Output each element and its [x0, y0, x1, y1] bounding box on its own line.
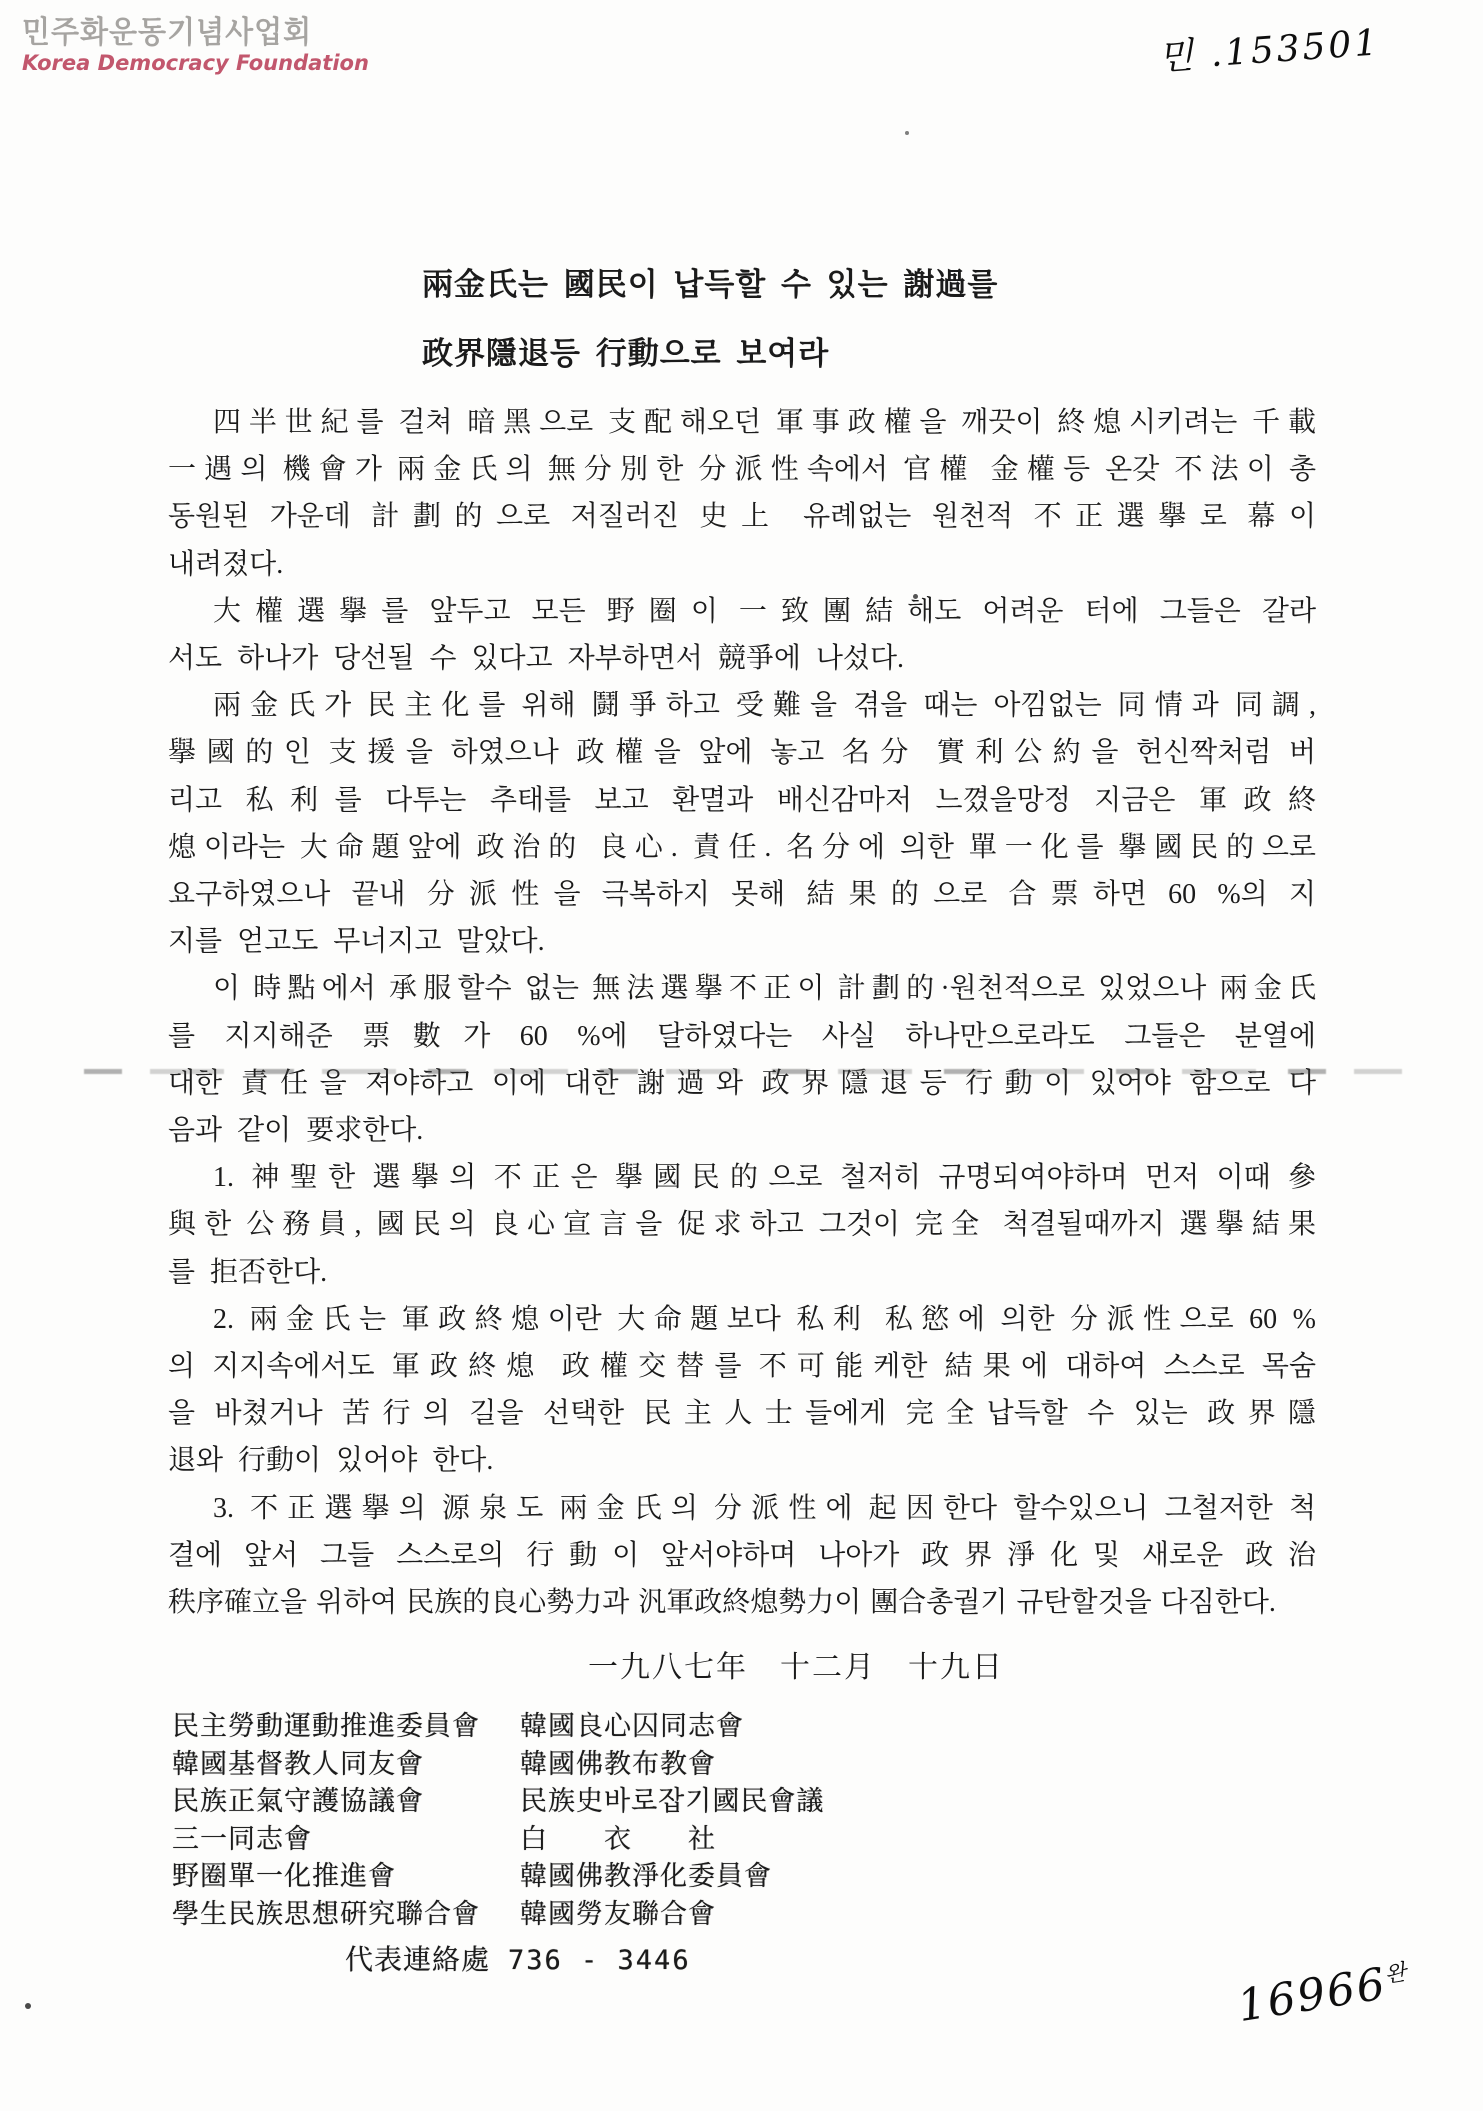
- foundation-logo-korean: 민주화운동기념사업회: [22, 14, 369, 50]
- scan-artifact-line: [84, 1069, 1402, 1074]
- signatory-name: 三一同志會: [172, 1821, 520, 1859]
- body-line: 의 지지속에서도 軍政終熄 政權交替를 不可能케한 結果에 대하여 스스로 목숨: [168, 1343, 1316, 1390]
- body-line: 兩金氏가 民主化를 위해 鬪爭하고 受難을 겪을 때는 아낌없는 同情과 同調,: [168, 682, 1316, 729]
- body-line: 리고 私利를 다투는 추태를 보고 환멸과 배신감마저 느꼈을망정 지금은 軍政…: [168, 777, 1316, 824]
- document-title: 兩金氏는 國民이 납득할 수 있는 謝過를 政界隱退등 行動으로 보여라: [422, 250, 998, 388]
- signatory-name: 學生民族思想硏究聯合會: [172, 1896, 520, 1934]
- signatory-name: 民主勞動運動推進委員會: [172, 1708, 520, 1746]
- scan-speck: [913, 594, 918, 599]
- signatories-right-column: 韓國良心囚同志會韓國佛教布教會民族史바로잡기國民會議白 衣 社韓國佛教淨化委員會…: [520, 1708, 824, 1933]
- signatory-name: 民族史바로잡기國民會議: [520, 1783, 824, 1821]
- body-line: 이 時點에서 承服할수 없는 無法選擧不正이 計劃的·원천적으로 있었으나 兩金…: [168, 965, 1316, 1012]
- contact-label: 代表連絡處: [345, 1945, 490, 1976]
- signatories-left-column: 民主勞動運動推進委員會韓國基督教人同友會民族正氣守護協議會三一同志會野圈單一化推…: [172, 1708, 520, 1933]
- body-line: 大權選擧를 앞두고 모든 野圈이 一致團結해도 어려운 터에 그들은 갈라: [168, 588, 1316, 635]
- body-line: 擧國的인 支援을 하였으나 政權을 앞에 놓고 名分 實利公約을 헌신짝처럼 버: [168, 729, 1316, 776]
- signatory-name: 白 衣 社: [520, 1821, 824, 1859]
- document-body: 四半世紀를 걸쳐 暗黑으로 支配해오던 軍事政權을 깨끗이 終熄시키려는 千載一…: [168, 399, 1316, 1626]
- body-line: 를 지지해준 票數가 60 %에 달하였다는 사실 하나만으로라도 그들은 분열…: [168, 1013, 1316, 1060]
- body-line: 대한 責任을 져야하고 이에 대한 謝過와 政界隱退등 行動이 있어야 함으로 …: [168, 1060, 1316, 1107]
- scan-speck: [25, 2003, 31, 2009]
- date-line: 一九八七年 十二月 十九日: [588, 1642, 1004, 1686]
- scanned-document-page: 민주화운동기념사업회 Korea Democracy Foundation 민 …: [0, 0, 1483, 2111]
- signatory-organizations: 民主勞動運動推進委員會韓國基督教人同友會民族正氣守護協議會三一同志會野圈單一化推…: [172, 1708, 1272, 1933]
- body-line: 서도 하나가 당선될 수 있다고 자부하면서 競爭에 나섰다.: [168, 635, 1316, 682]
- body-line: 3. 不正選擧의 源泉도 兩金氏의 分派性에 起因한다 할수있으니 그철저한 척: [168, 1485, 1316, 1532]
- foundation-logo-english: Korea Democracy Foundation: [22, 50, 369, 76]
- contact-phone: 736 - 3446: [508, 1945, 691, 1976]
- signatory-name: 民族正氣守護協議會: [172, 1783, 520, 1821]
- title-line-2: 政界隱退등 行動으로 보여라: [422, 319, 998, 388]
- body-line: 2. 兩金氏는 軍政終熄이란 大命題보다 私利 私慾에 의한 分派性으로 60 …: [168, 1296, 1316, 1343]
- signatory-name: 韓國基督教人同友會: [172, 1746, 520, 1784]
- body-line: 與한 公務員, 國民의 良心宣言을 促求하고 그것이 完全 척결될때까지 選擧結…: [168, 1201, 1316, 1248]
- signatory-name: 野圈單一化推進會: [172, 1858, 520, 1896]
- signatory-name: 韓國佛教布教會: [520, 1746, 824, 1784]
- signatory-name: 韓國佛教淨化委員會: [520, 1858, 824, 1896]
- body-line: 음과 같이 要求한다.: [168, 1107, 1316, 1154]
- body-line: 결에 앞서 그들 스스로의 行動이 앞서야하며 나아가 政界淨化및 새로운 政治: [168, 1532, 1316, 1579]
- body-line: 1. 神聖한 選擧의 不正은 擧國民的으로 철저히 규명되여야하며 먼저 이때 …: [168, 1154, 1316, 1201]
- signatory-name: 韓國勞友聯合會: [520, 1896, 824, 1934]
- body-line: 을 바쳤거나 苦行의 길을 선택한 民主人士들에게 完全납득할 수 있는 政界隱: [168, 1390, 1316, 1437]
- contact-line: 代表連絡處736 - 3446: [345, 1938, 691, 1978]
- body-line: 지를 얻고도 무너지고 말았다.: [168, 918, 1316, 965]
- body-line: 退와 行動이 있어야 한다.: [168, 1437, 1316, 1484]
- body-line: 를 拒否한다.: [168, 1249, 1316, 1296]
- archive-number-mark: 완: [1383, 1960, 1408, 1988]
- body-line: 내려졌다.: [168, 541, 1316, 588]
- body-line: 一遇의 機會가 兩金氏의 無分別한 分派性속에서 官權 金權등 온갖 不法이 총: [168, 446, 1316, 493]
- body-line: 요구하였으나 끝내 分派性을 극복하지 못해 結果的으로 合票하면 60 %의 …: [168, 871, 1316, 918]
- letterhead: 민주화운동기념사업회 Korea Democracy Foundation: [22, 14, 369, 76]
- handwritten-registry-number: 민 .153501: [1156, 14, 1381, 80]
- body-line: 熄이라는 大命題앞에 政治的 良心. 責任. 名分에 의한 單一化를 擧國民的으…: [168, 824, 1316, 871]
- signatory-name: 韓國良心囚同志會: [520, 1708, 824, 1746]
- handwritten-archive-number: 16966완: [1234, 1955, 1411, 2032]
- body-line: 四半世紀를 걸쳐 暗黑으로 支配해오던 軍事政權을 깨끗이 終熄시키려는 千載: [168, 399, 1316, 446]
- body-line: 秩序確立을 위하여 民族的良心勢力과 汎軍政終熄勢力이 團合총궐기 규탄할것을 …: [168, 1579, 1400, 1626]
- body-line: 동원된 가운데 計劃的으로 저질러진 史上 유례없는 원천적 不正選擧로 幕이: [168, 493, 1316, 540]
- archive-number-digits: 16966: [1234, 1958, 1390, 2032]
- scan-speck: [905, 131, 909, 135]
- title-line-1: 兩金氏는 國民이 납득할 수 있는 謝過를: [422, 250, 998, 319]
